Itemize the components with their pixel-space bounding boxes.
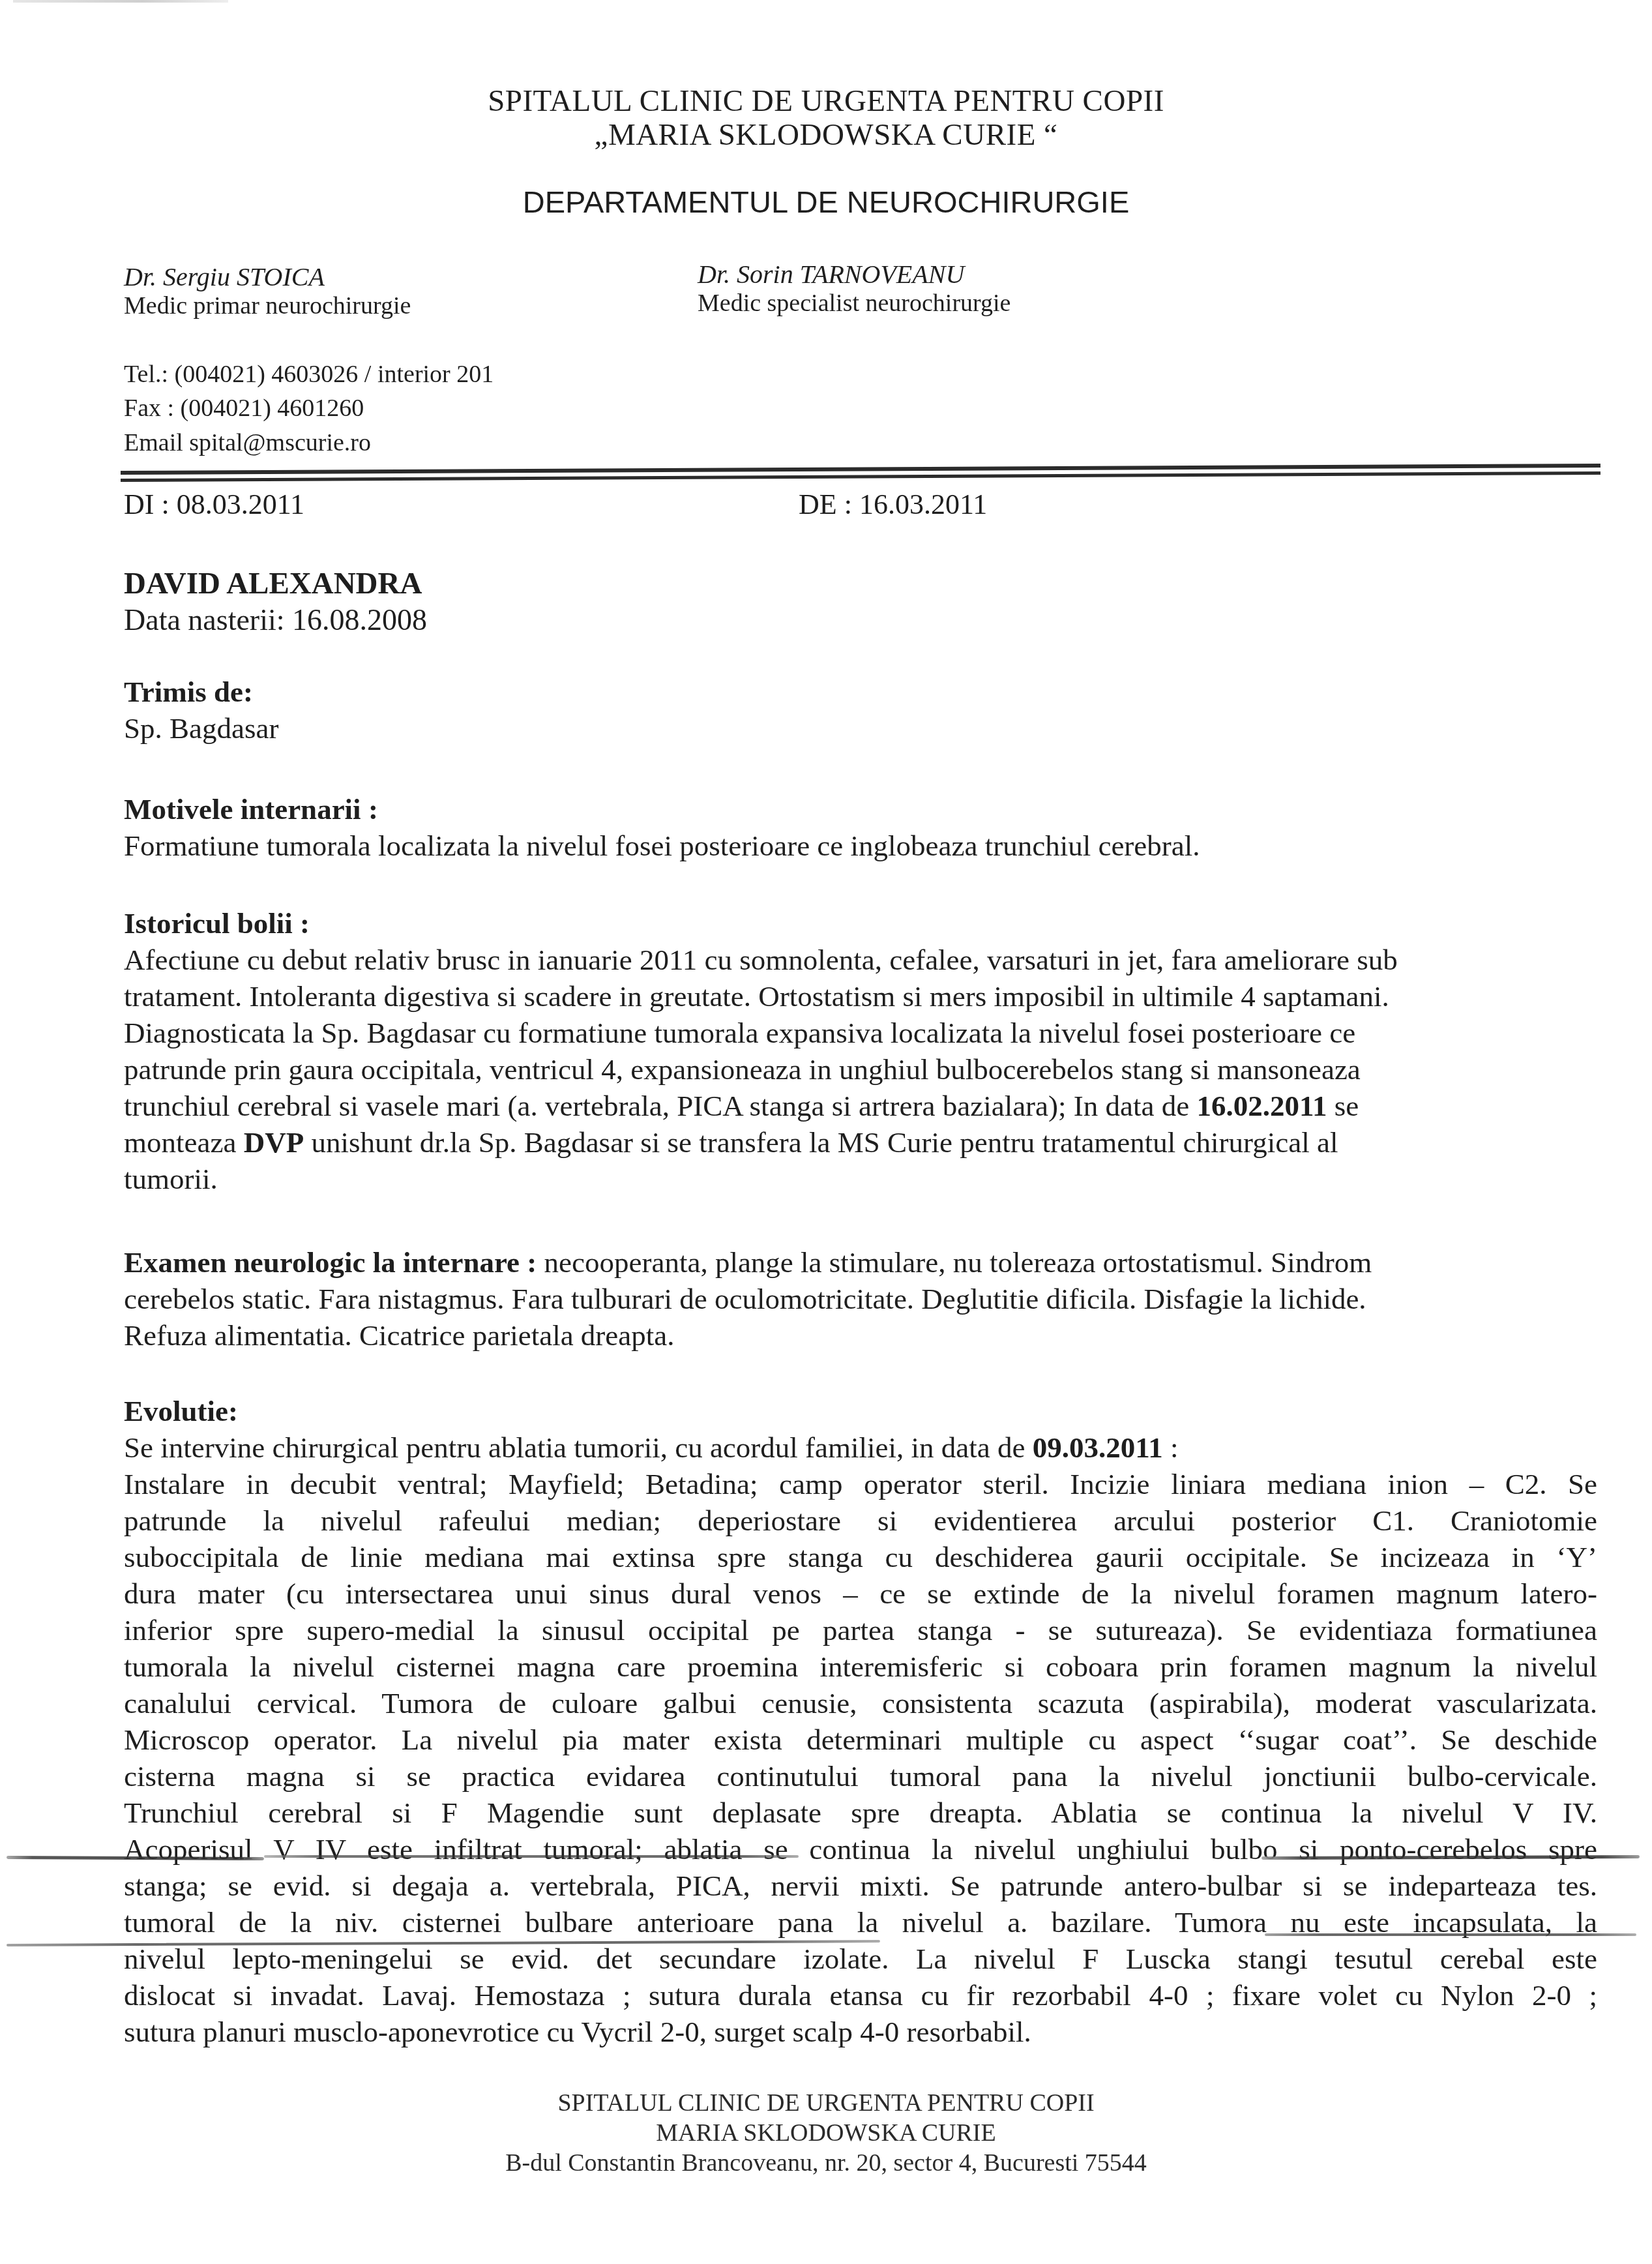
text-line: Acoperisul V IV este infiltrat tumoral; … [124,1831,1597,1868]
text-line: patrunde prin gaura occipitala, ventricu… [124,1051,1597,1088]
text-line: tratament. Intoleranta digestiva si scad… [124,978,1597,1015]
text-fragment: necooperanta, plange la stimulare, nu to… [537,1246,1372,1279]
footer: SPITALUL CLINIC DE URGENTA PENTRU COPII … [0,2088,1652,2178]
contact-block: Tel.: (004021) 4603026 / interior 201 Fa… [124,357,494,460]
text-line: suboccipitala de linie mediana mai extin… [124,1539,1597,1575]
doctor-title: Medic specialist neurochirurgie [698,290,1010,318]
text-line: nivelul lepto-meningelui se evid. det se… [124,1941,1597,1977]
shunt-date: 16.02.2011 [1196,1090,1327,1122]
text-line: Se intervine chirurgical pentru ablatia … [124,1429,1597,1466]
pen-underline [1265,1933,1636,1936]
text-line: Examen neurologic la internare : necoope… [124,1244,1597,1281]
section-title: Trimis de: [124,674,1597,710]
patient-block: DAVID ALEXANDRA Data nasterii: 16.08.200… [124,566,427,637]
text-line: Diagnosticata la Sp. Bagdasar cu formati… [124,1015,1597,1051]
pen-strikethrough [264,1855,799,1858]
referral-section: Trimis de: Sp. Bagdasar [124,674,1597,747]
doctor-title: Medic primar neurochirurgie [124,292,411,321]
text-line: patrunde la nivelul rafeului median; dep… [124,1502,1597,1539]
text-line: dislocat si invadat. Lavaj. Hemostaza ; … [124,1977,1597,2014]
footer-hospital-subtitle: MARIA SKLODOWSKA CURIE [0,2118,1652,2148]
department-title: DEPARTAMENTUL DE NEUROCHIRURGIE [0,184,1652,220]
text-fragment: Se intervine chirurgical pentru ablatia … [124,1431,1033,1464]
email-address: Email spital@mscurie.ro [124,426,494,460]
history-section: Istoricul bolii : Afectiune cu debut rel… [124,905,1597,1197]
section-title: Istoricul bolii : [124,905,1597,942]
text-fragment: : [1163,1431,1179,1464]
text-line: tumorii. [124,1161,1597,1197]
text-line: Microscop operator. La nivelul pia mater… [124,1721,1597,1758]
text-line: monteaza DVP unishunt dr.la Sp. Bagdasar… [124,1124,1597,1161]
text-fragment: unishunt dr.la Sp. Bagdasar si se transf… [304,1126,1338,1159]
footer-hospital-name: SPITALUL CLINIC DE URGENTA PENTRU COPII [0,2088,1652,2118]
birth-date: Data nasterii: 16.08.2008 [124,603,427,637]
pen-strikethrough [7,1856,264,1860]
hospital-subtitle: „MARIA SKLODOWSKA CURIE “ [0,117,1652,153]
phone-number: Tel.: (004021) 4603026 / interior 201 [124,357,494,391]
text-line: sutura planuri musclo-aponevrotice cu Vy… [124,2014,1597,2050]
footer-address: B-dul Constantin Brancoveanu, nr. 20, se… [0,2148,1652,2178]
text-line: inferior spre supero-medial la sinusul o… [124,1612,1597,1648]
scan-artifact [13,0,228,3]
section-text: Formatiune tumorala localizata la nivelu… [124,827,1597,864]
section-title: Motivele internarii : [124,791,1597,827]
hospital-name: SPITALUL CLINIC DE URGENTA PENTRU COPII [0,83,1652,119]
doctor-name: Dr. Sorin TARNOVEANU [698,260,1010,290]
text-line: tumorala la nivelul cisternei magna care… [124,1648,1597,1685]
text-line: Instalare in decubit ventral; Mayfield; … [124,1466,1597,1502]
text-line: cisterna magna si se practica evidarea c… [124,1758,1597,1795]
doctor-block-2: Dr. Sorin TARNOVEANU Medic specialist ne… [698,260,1010,318]
text-line: Refuza alimentatia. Cicatrice parietala … [124,1317,1597,1354]
doctor-block-1: Dr. Sergiu STOICA Medic primar neurochir… [124,262,411,321]
admission-date: DI : 08.03.2011 [124,488,304,521]
text-fragment: se [1327,1090,1359,1122]
admission-reasons-section: Motivele internarii : Formatiune tumoral… [124,791,1597,864]
discharge-date: DE : 16.03.2011 [799,488,987,521]
fax-number: Fax : (004021) 4601260 [124,391,494,425]
dvp-label: DVP [244,1126,304,1159]
text-line: dura mater (cu intersectarea unui sinus … [124,1575,1597,1612]
header-double-rule [121,467,1600,486]
patient-name: DAVID ALEXANDRA [124,566,427,601]
neuro-exam-section: Examen neurologic la internare : necoope… [124,1244,1597,1354]
text-line: trunchiul cerebral si vasele mari (a. ve… [124,1088,1597,1124]
section-title: Examen neurologic la internare : [124,1246,537,1279]
section-title: Evolutie: [124,1393,1597,1429]
surgery-date: 09.03.2011 [1033,1431,1163,1464]
text-line: cerebelos static. Fara nistagmus. Fara t… [124,1281,1597,1317]
text-line: Trunchiul cerebral si F Magendie sunt de… [124,1795,1597,1831]
evolution-section: Evolutie: Se intervine chirurgical pentr… [124,1393,1597,2050]
text-line: canalului cervical. Tumora de culoare ga… [124,1685,1597,1721]
referral-value: Sp. Bagdasar [124,710,1597,747]
text-fragment: trunchiul cerebral si vasele mari (a. ve… [124,1090,1196,1122]
text-line: stanga; se evid. si degaja a. vertebrala… [124,1868,1597,1904]
text-fragment: monteaza [124,1126,244,1159]
text-line: Afectiune cu debut relativ brusc in ianu… [124,942,1597,978]
doctor-name: Dr. Sergiu STOICA [124,262,411,292]
